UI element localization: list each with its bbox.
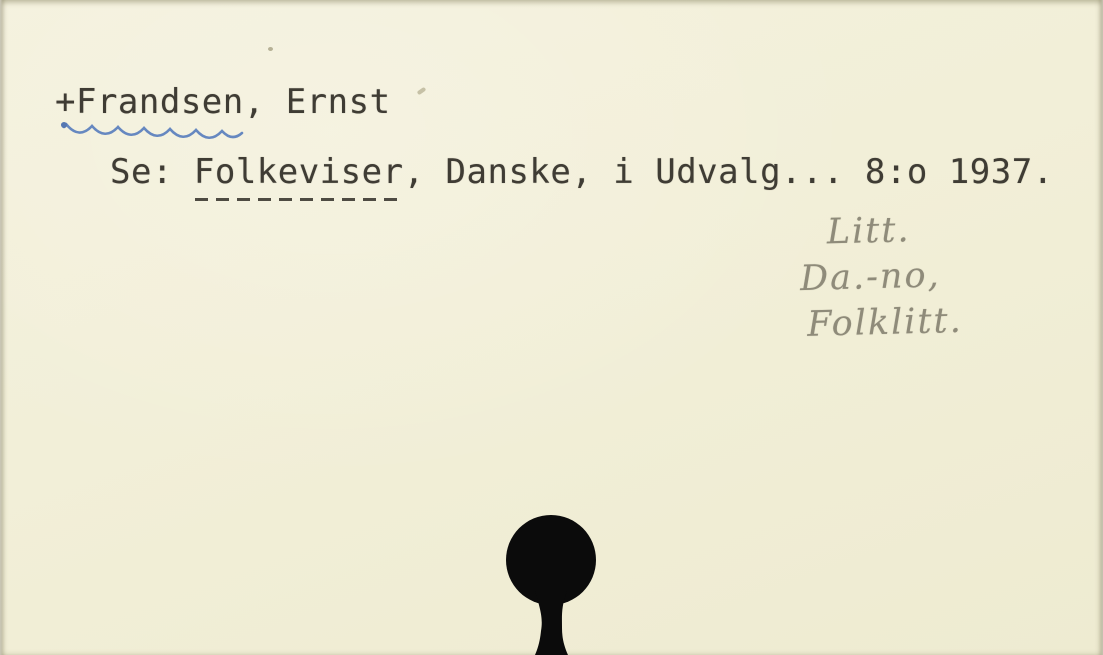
annotation-line: Folklitt. [799,298,964,348]
reference-rest: , Danske, i Udvalg... 8:o 1937. [404,152,1054,192]
referenced-title: Folkeviser [194,152,404,201]
annotation-line: Da.-no, [797,252,962,302]
paper-speck [268,47,273,51]
pencil-annotations: Litt. Da.-no, Folklitt. [796,206,963,348]
heading-rest: , Ernst [244,82,391,122]
wavy-underline-ink [58,119,248,143]
annotation-line: Litt. [796,206,961,256]
heading-prefix: + [55,82,76,122]
heading-surname: Frandsen [76,82,244,122]
heading-line: +Frandsen, Ernst [55,82,391,122]
see-label: Se: [110,152,194,192]
reference-line: Se: Folkeviser, Danske, i Udvalg... 8:o … [110,152,1054,201]
catalog-card: +Frandsen, Ernst Se: Folkeviser, Danske,… [0,0,1103,655]
keyhole-punch-hole [498,513,604,655]
card-left-edge [0,0,3,655]
paper-speck [417,87,427,95]
